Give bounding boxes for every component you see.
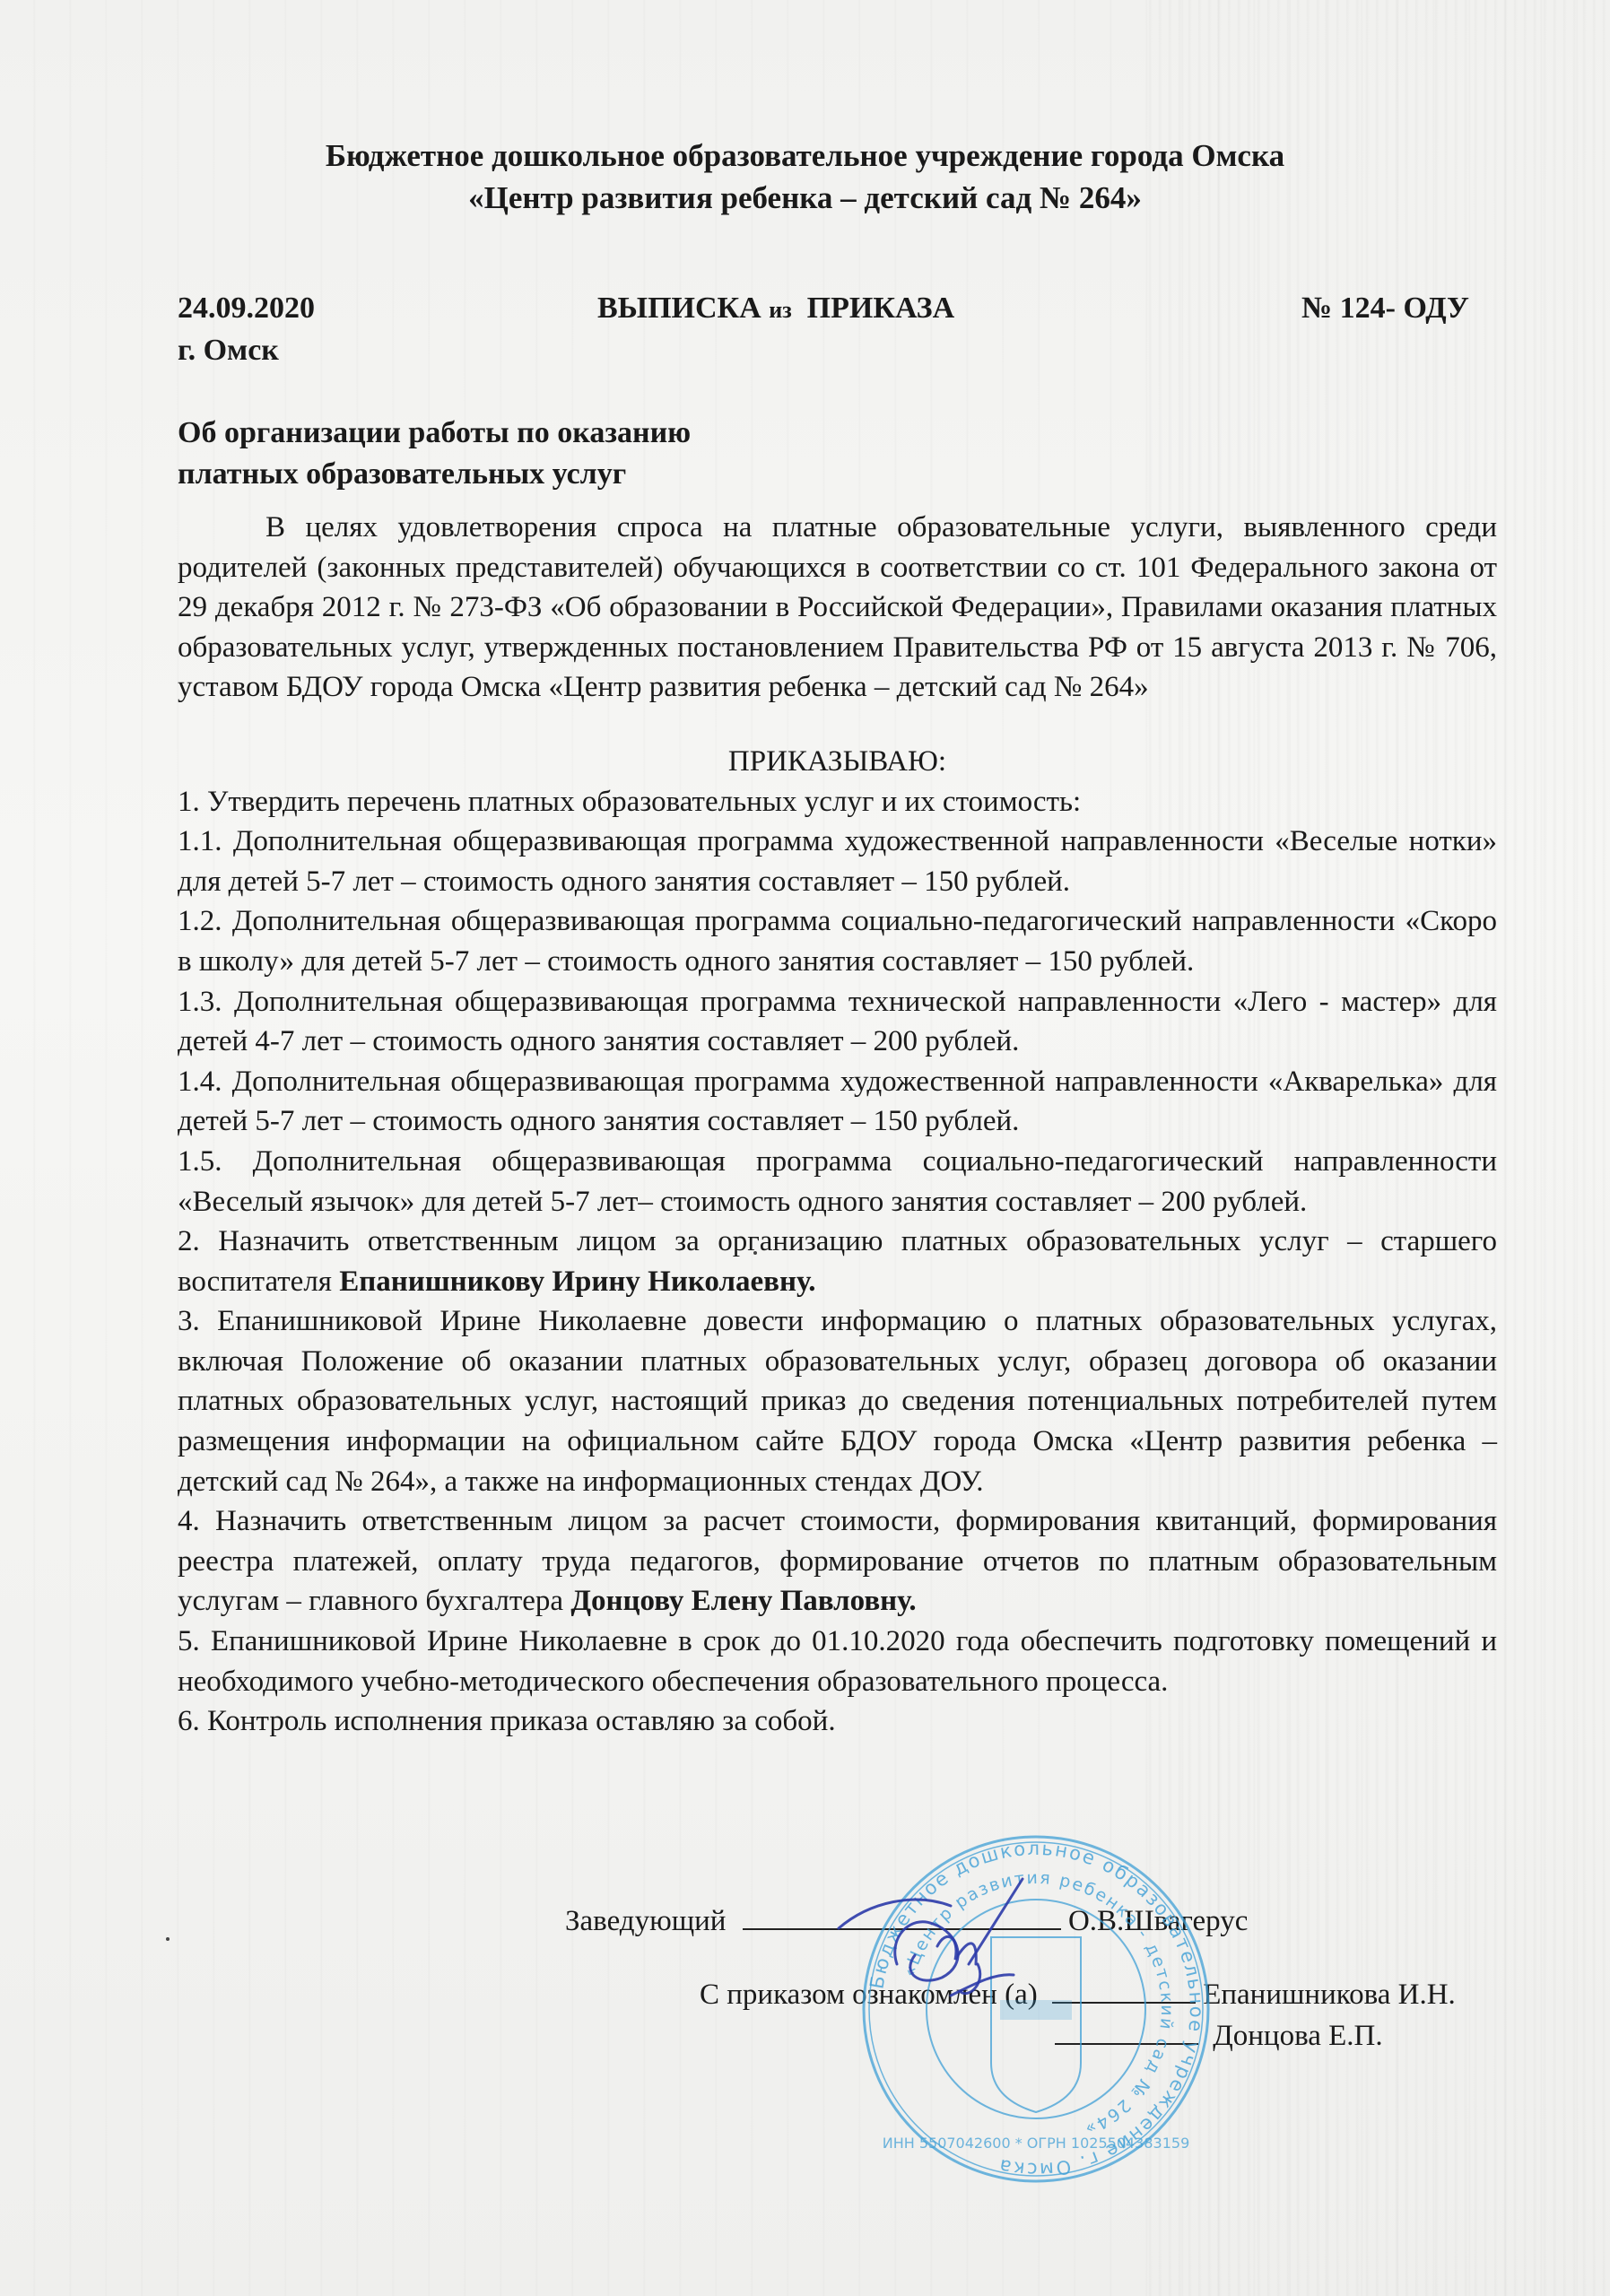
- ack-signature-line-2: [1055, 2042, 1198, 2045]
- document-city: г. Омск: [178, 334, 279, 368]
- head-name: О.В.Швагерус: [1068, 1905, 1248, 1937]
- subject-line-1: Об организации работы по оказанию: [178, 413, 691, 454]
- institution-header: Бюджетное дошкольное образовательное учр…: [0, 135, 1610, 219]
- item-1-1: 1.1. Дополнительная общеразвивающая прог…: [178, 822, 1497, 901]
- item-5: 5. Епанишниковой Ирине Николаевне в срок…: [178, 1622, 1497, 1701]
- item-4: 4. Назначить ответственным лицом за расч…: [178, 1501, 1497, 1622]
- title-word-extract: ВЫПИСКА: [597, 291, 761, 325]
- document-title: ВЫПИСКА из ПРИКАЗА: [597, 291, 954, 326]
- institution-name-line-2: «Центр развития ребенка – детский сад № …: [0, 177, 1610, 219]
- item-2: 2. Назначить ответственным лицом за орга…: [178, 1222, 1497, 1301]
- item-3: 3. Епанишниковой Ирине Николаевне довест…: [178, 1301, 1497, 1501]
- item-1-4: 1.4. Дополнительная общеразвивающая прог…: [178, 1062, 1497, 1142]
- item-1-3: 1.3. Дополнительная общеразвивающая прог…: [178, 982, 1497, 1062]
- head-signature-row: Заведующий О.В.Швагерус: [565, 1905, 1248, 1938]
- preamble-paragraph: В целях удовлетворения спроса на платные…: [178, 508, 1497, 708]
- document-number: № 124- ОДУ: [1301, 291, 1469, 326]
- document-date: 24.09.2020: [178, 291, 315, 326]
- document-subject: Об организации работы по оказанию платны…: [178, 413, 691, 495]
- item-1-5: 1.5. Дополнительная общеразвивающая прог…: [178, 1142, 1497, 1222]
- item-1-2: 1.2. Дополнительная общеразвивающая прог…: [178, 901, 1497, 981]
- scan-speck: [753, 1251, 757, 1255]
- acknowledgement-row-2: Донцова Е.П.: [1055, 2020, 1383, 2053]
- head-position: Заведующий: [565, 1905, 726, 1937]
- head-signature-line: [743, 1927, 1061, 1930]
- document-body: В целях удовлетворения спроса на платные…: [178, 508, 1497, 1742]
- title-word-order: ПРИКАЗА: [807, 291, 955, 325]
- scan-speck: [166, 1937, 170, 1941]
- ack-name-1: Епанишникова И.Н.: [1203, 1979, 1456, 2011]
- item-6: 6. Контроль исполнения приказа оставляю …: [178, 1701, 1497, 1742]
- ack-signature-line-1: [1052, 2001, 1196, 2004]
- subject-line-2: платных образовательных услуг: [178, 454, 691, 495]
- responsible-person-2: Донцову Елену Павловну.: [570, 1585, 916, 1617]
- acknowledgement-row-1: С приказом ознакомлен (а) Епанишникова И…: [700, 1979, 1456, 2012]
- order-heading: ПРИКАЗЫВАЮ:: [178, 742, 1497, 782]
- title-word-from: из: [769, 297, 791, 323]
- ack-name-2: Донцова Е.П.: [1213, 2020, 1382, 2052]
- acknowledgement-label: С приказом ознакомлен (а): [700, 1979, 1038, 2011]
- item-1: 1. Утвердить перечень платных образовате…: [178, 782, 1497, 822]
- responsible-person-1: Епанишникову Ирину Николаевну.: [339, 1265, 815, 1298]
- institution-name-line-1: Бюджетное дошкольное образовательное учр…: [0, 135, 1610, 177]
